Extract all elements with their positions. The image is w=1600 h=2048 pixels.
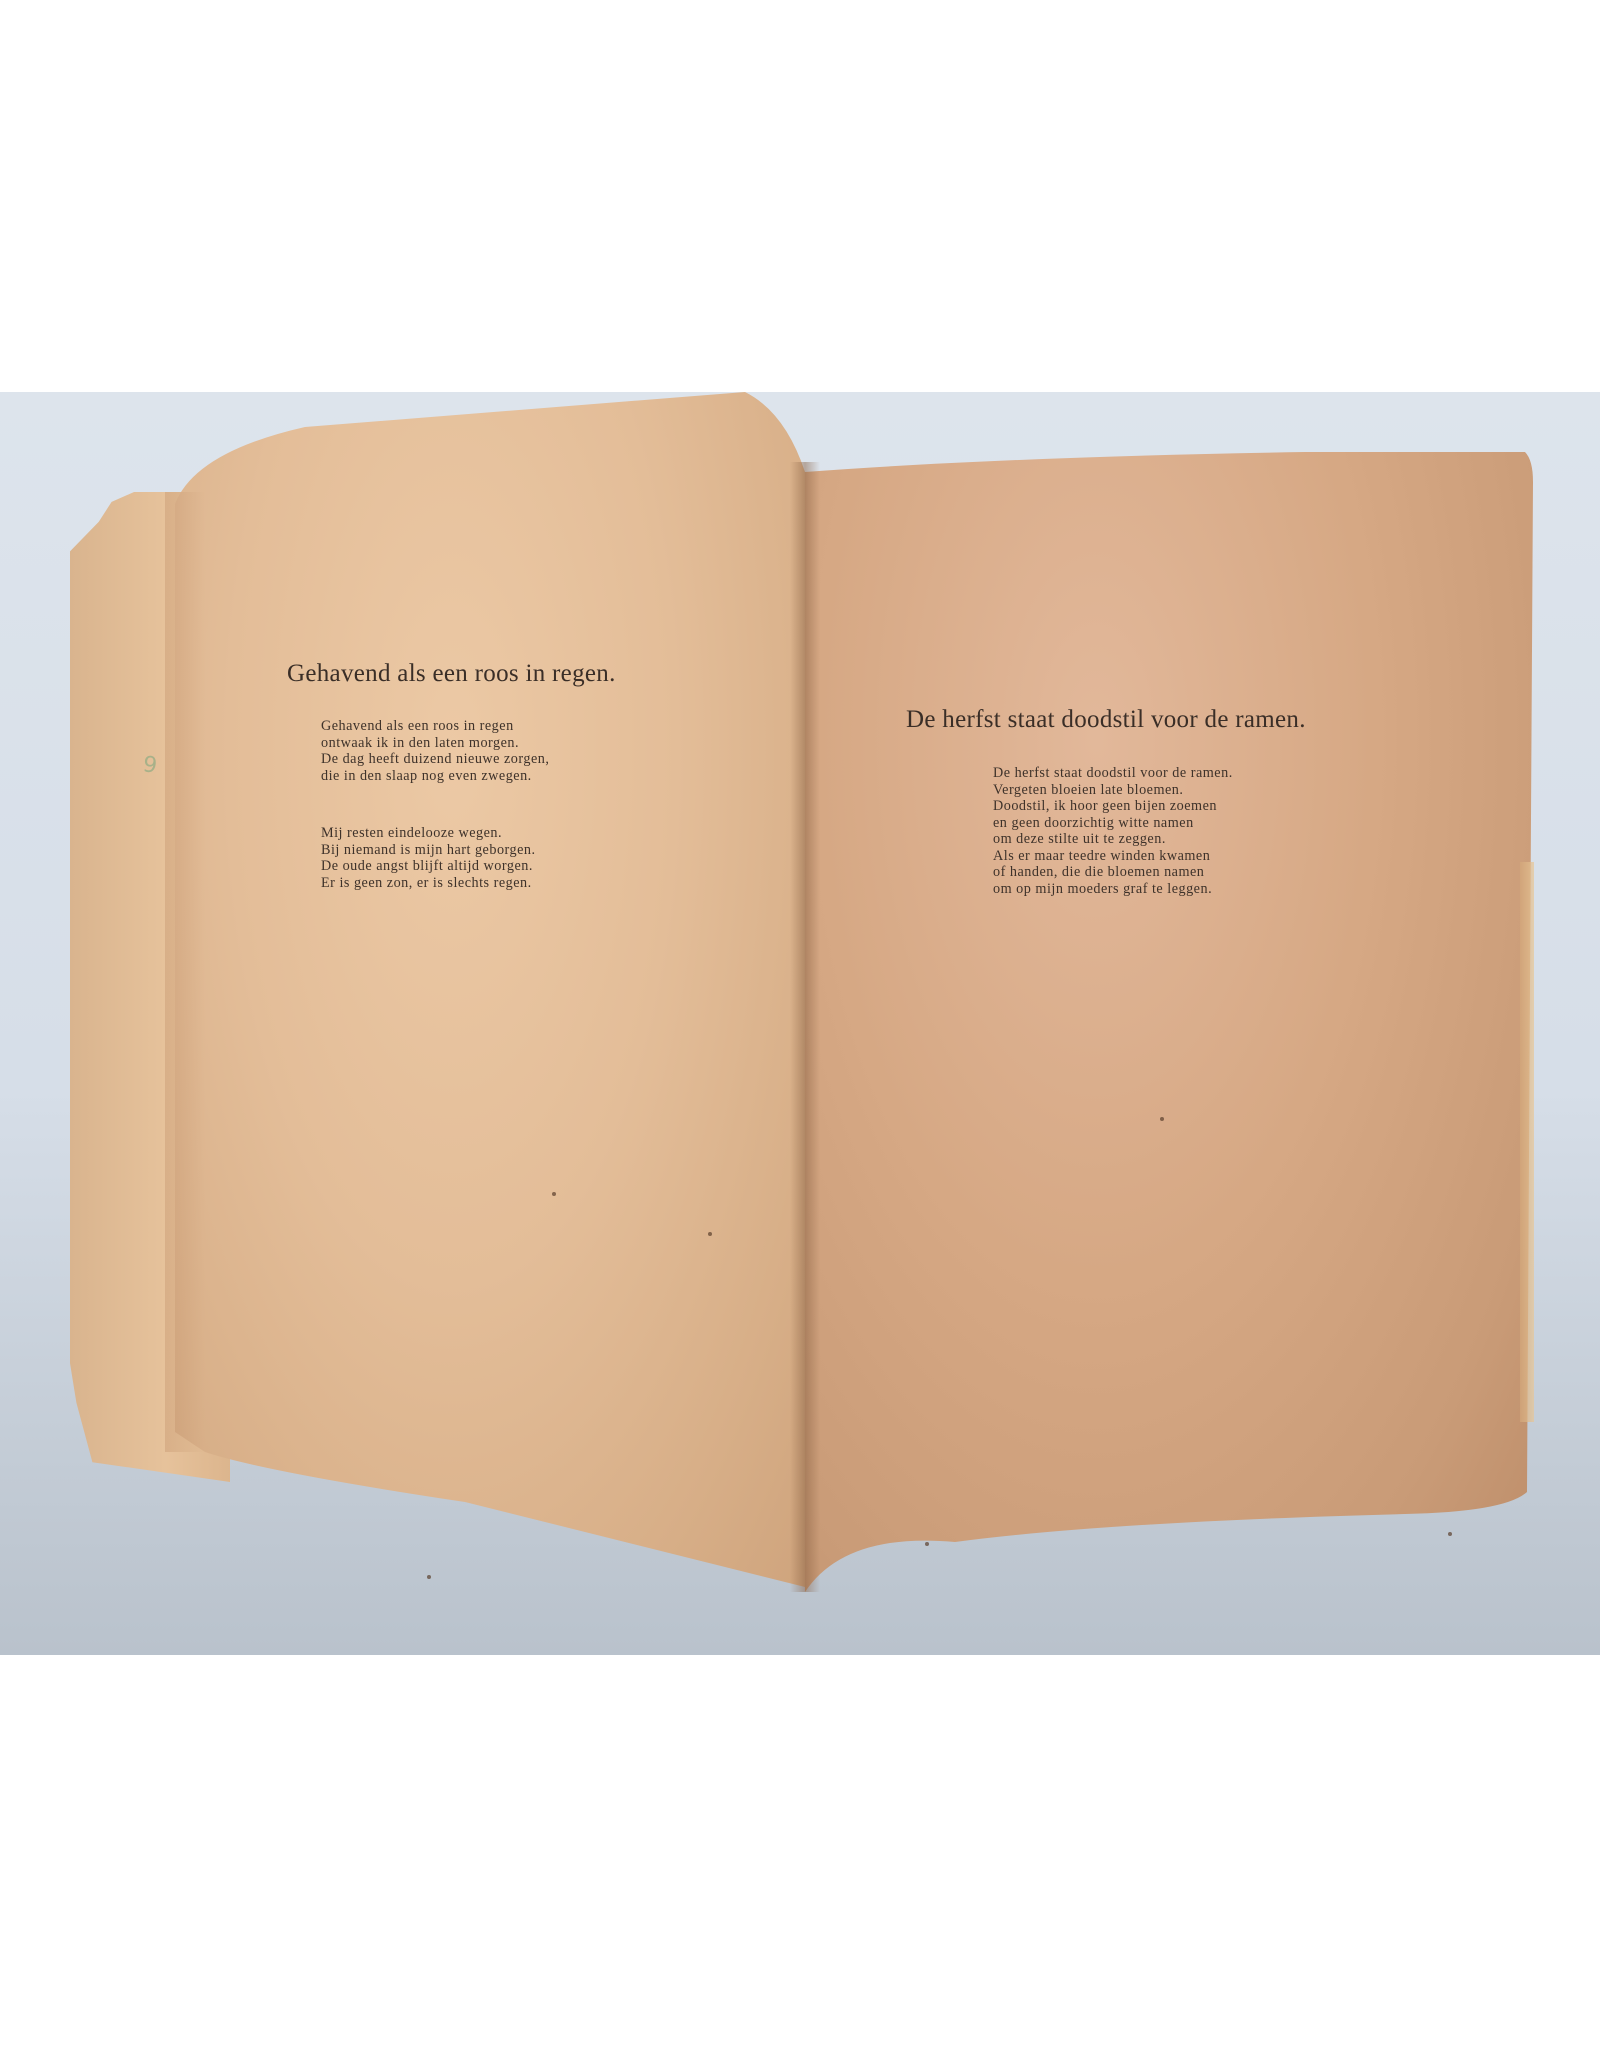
right-page xyxy=(805,452,1533,1592)
right-page-edge xyxy=(1520,862,1534,1422)
left-page-shadow xyxy=(165,492,205,1452)
book-photo xyxy=(0,392,1600,1655)
left-page xyxy=(165,392,805,1587)
book-gutter xyxy=(790,462,820,1592)
